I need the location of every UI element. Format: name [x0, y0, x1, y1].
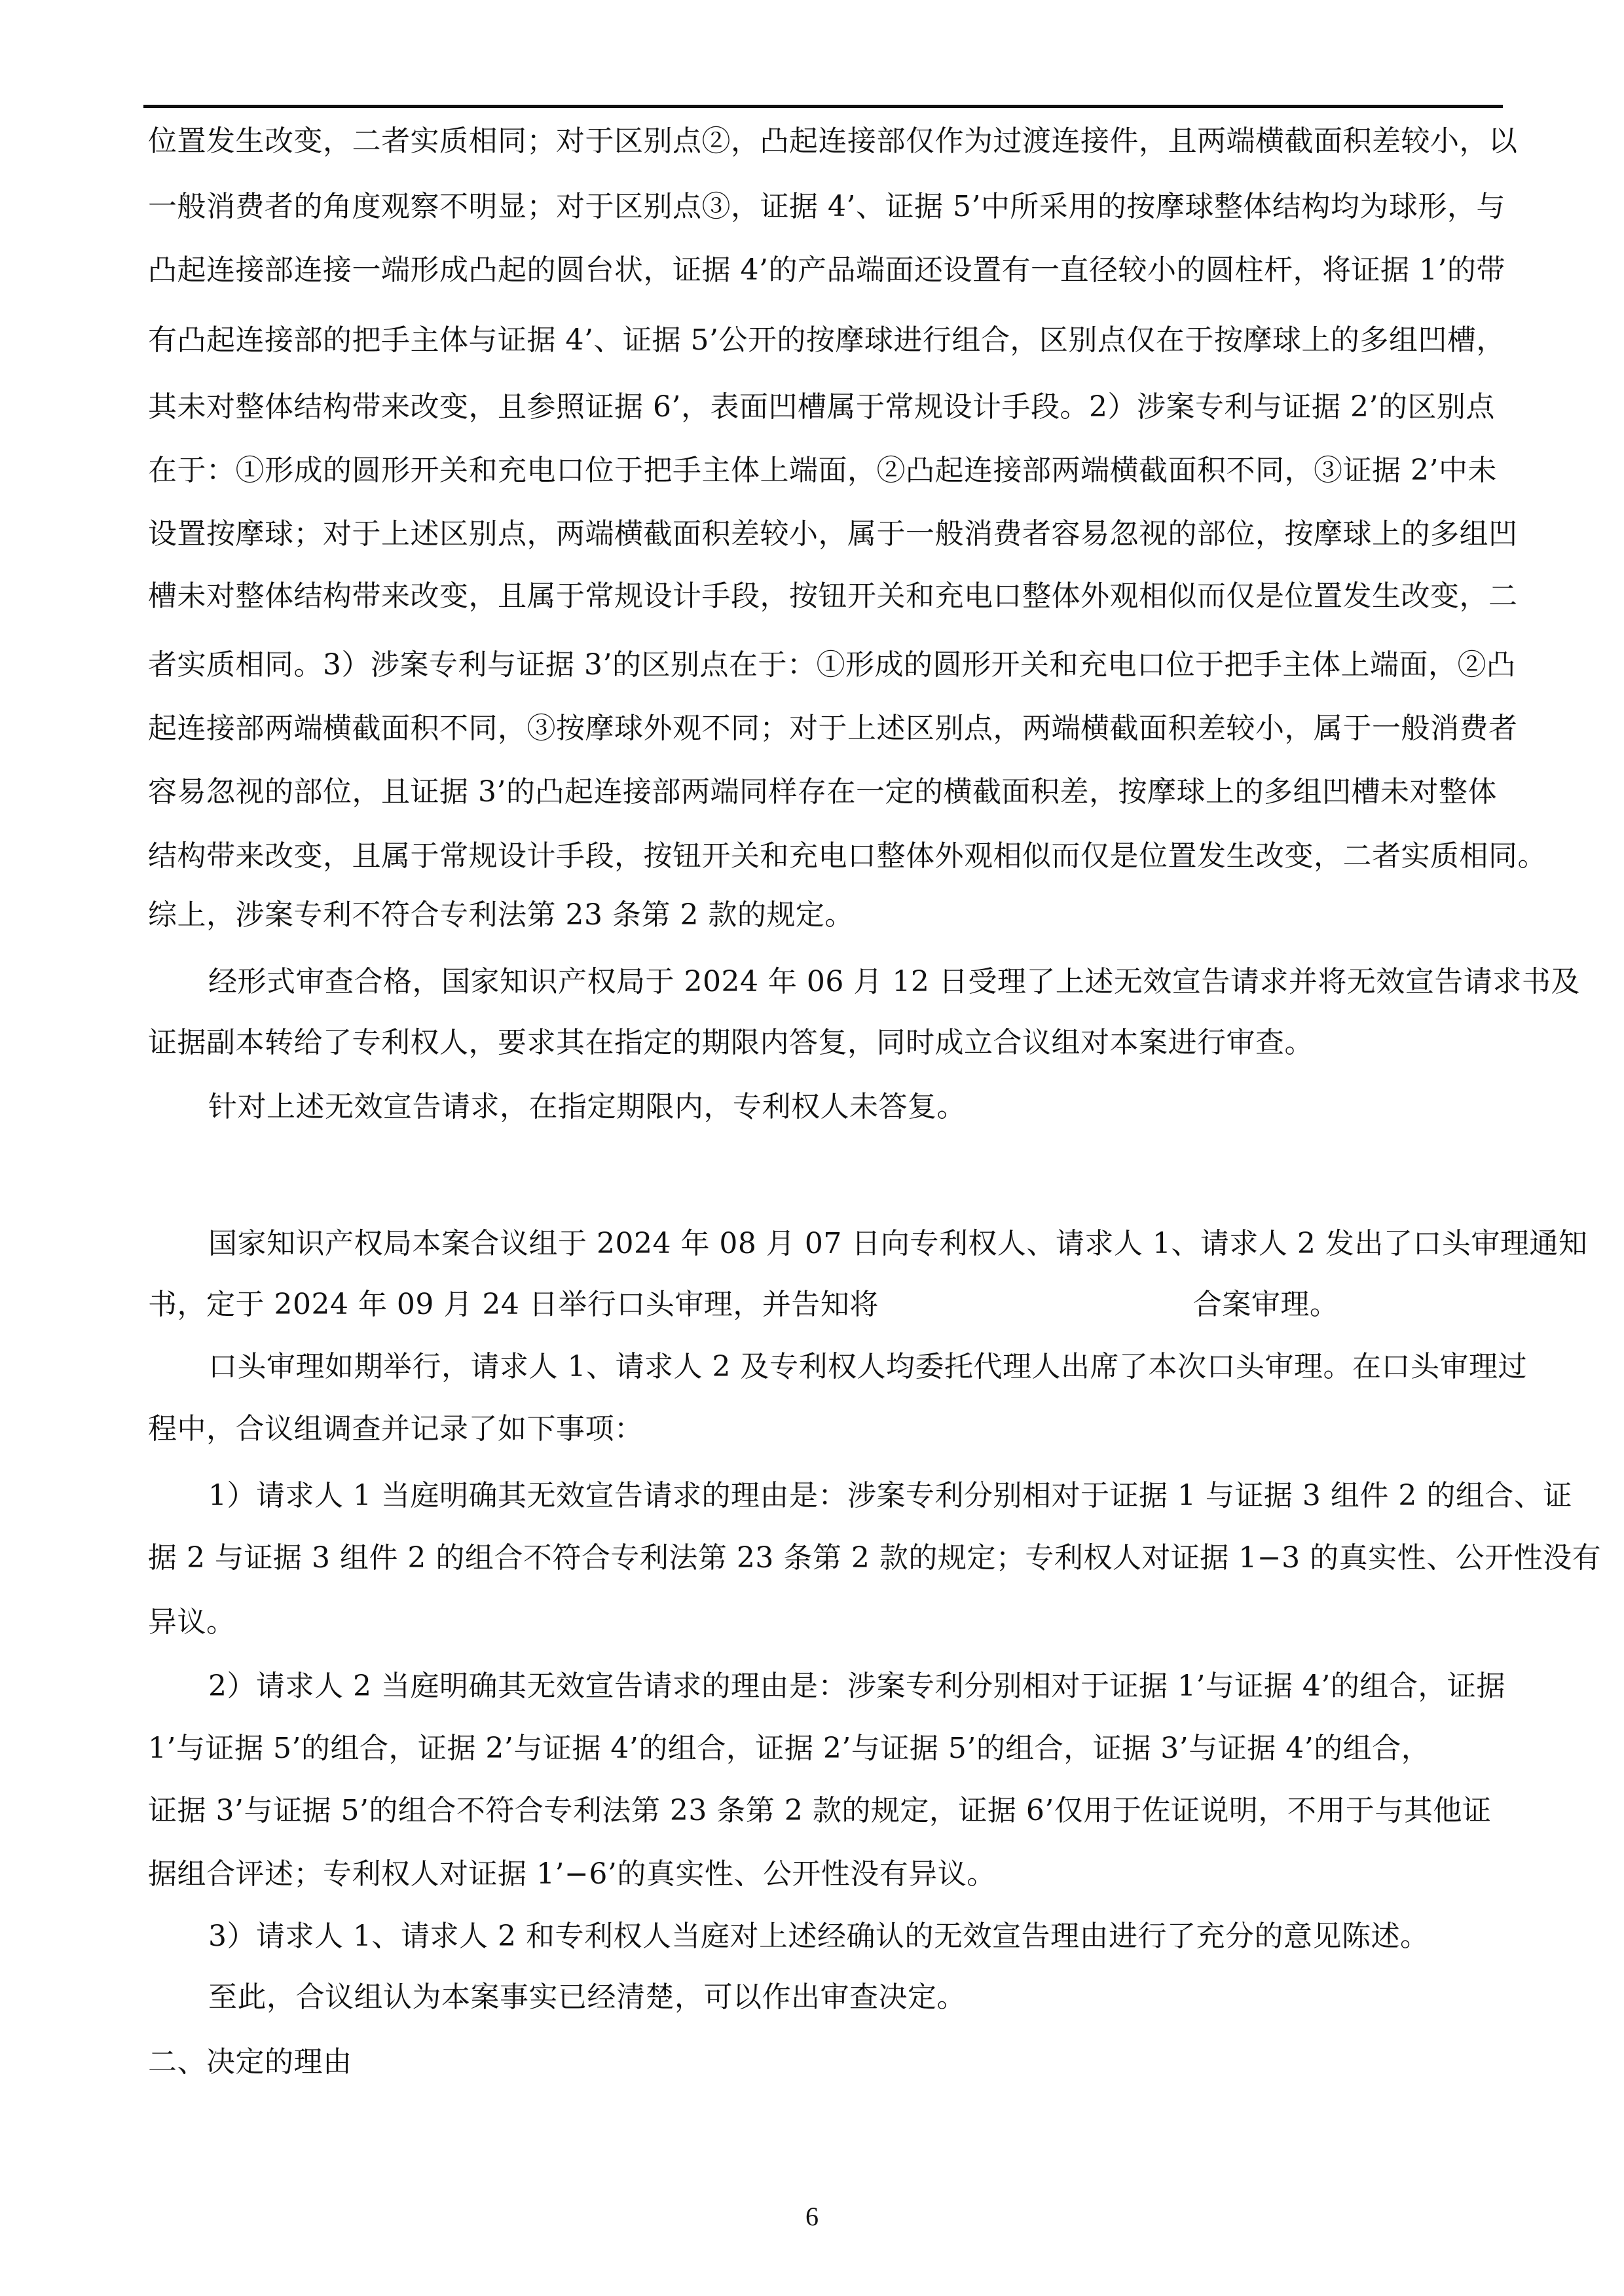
text-line: 证据 3’与证据 5’的组合不符合专利法第 23 条第 2 款的规定，证据 6’…	[148, 1794, 1491, 1828]
text-line-content: 综上，涉案专利不符合专利法第 23 条第 2 款的规定。	[148, 898, 854, 932]
text-line-content: 槽未对整体结构带来改变，且属于常规设计手段，按钮开关和充电口整体外观相似而仅是位…	[148, 579, 1518, 613]
text-line: 异议。	[148, 1605, 236, 1639]
text-line-content: 口头审理如期举行，请求人 1、请求人 2 及专利权人均委托代理人出席了本次口头审…	[208, 1350, 1527, 1383]
text-line: 设置按摩球；对于上述区别点，两端横截面积差较小，属于一般消费者容易忽视的部位，按…	[148, 517, 1518, 551]
text-line: 1’与证据 5’的组合，证据 2’与证据 4’的组合，证据 2’与证据 5’的组…	[148, 1732, 1430, 1766]
text-line: 1）请求人 1 当庭明确其无效宣告请求的理由是：涉案专利分别相对于证据 1 与证…	[208, 1479, 1572, 1513]
text-line: 经形式审查合格，国家知识产权局于 2024 年 06 月 12 日受理了上述无效…	[208, 965, 1580, 999]
text-line: 程中，合议组调查并记录了如下事项：	[148, 1412, 644, 1446]
text-line: 起连接部两端横截面积不同，③按摩球外观不同；对于上述区别点，两端横截面积差较小，…	[148, 712, 1518, 746]
text-line-content: 至此，合议组认为本案事实已经清楚，可以作出审查决定。	[208, 1980, 966, 2014]
text-line-content: 书，定于 2024 年 09 月 24 日举行口头审理，并告知将	[148, 1288, 879, 1321]
text-line-content: 据 2 与证据 3 组件 2 的组合不符合专利法第 23 条第 2 款的规定；专…	[148, 1541, 1601, 1575]
text-line-content: 程中，合议组调查并记录了如下事项：	[148, 1412, 644, 1446]
text-line: 书，定于 2024 年 09 月 24 日举行口头审理，并告知将合案审理。	[148, 1288, 1338, 1322]
text-line-content: 容易忽视的部位，且证据 3’的凸起连接部两端同样存在一定的横截面积差，按摩球上的…	[148, 775, 1497, 809]
text-line: 针对上述无效宣告请求，在指定期限内，专利权人未答复。	[208, 1090, 966, 1124]
text-line-content: 者实质相同。3）涉案专利与证据 3’的区别点在于：①形成的圆形开关和充电口位于把…	[148, 648, 1515, 682]
text-line-content: 证据副本转给了专利权人，要求其在指定的期限内答复，同时成立合议组对本案进行审查。	[148, 1026, 1314, 1059]
text-line-content: 一般消费者的角度观察不明显；对于区别点③，证据 4’、证据 5’中所采用的按摩球…	[148, 190, 1505, 223]
text-line-content: 二、决定的理由	[148, 2045, 352, 2079]
text-line: 容易忽视的部位，且证据 3’的凸起连接部两端同样存在一定的横截面积差，按摩球上的…	[148, 775, 1497, 809]
text-line: 据组合评述；专利权人对证据 1’−6’的真实性、公开性没有异议。	[148, 1857, 996, 1891]
text-line: 二、决定的理由	[148, 2045, 352, 2079]
text-line-content: 结构带来改变，且属于常规设计手段，按钮开关和充电口整体外观相似而仅是位置发生改变…	[148, 839, 1547, 873]
text-line: 一般消费者的角度观察不明显；对于区别点③，证据 4’、证据 5’中所采用的按摩球…	[148, 190, 1505, 224]
text-line-content: 经形式审查合格，国家知识产权局于 2024 年 06 月 12 日受理了上述无效…	[208, 965, 1580, 998]
text-line: 在于：①形成的圆形开关和充电口位于把手主体上端面，②凸起连接部两端横截面积不同，…	[148, 454, 1497, 488]
page-number: 6	[0, 2201, 1624, 2232]
text-line-content: 据组合评述；专利权人对证据 1’−6’的真实性、公开性没有异议。	[148, 1857, 996, 1891]
text-line: 国家知识产权局本案合议组于 2024 年 08 月 07 日向专利权人、请求人 …	[208, 1227, 1587, 1261]
text-line: 槽未对整体结构带来改变，且属于常规设计手段，按钮开关和充电口整体外观相似而仅是位…	[148, 579, 1518, 613]
text-line-content: 针对上述无效宣告请求，在指定期限内，专利权人未答复。	[208, 1090, 966, 1123]
text-line-content-after-gap: 合案审理。	[1193, 1288, 1339, 1321]
text-line: 据 2 与证据 3 组件 2 的组合不符合专利法第 23 条第 2 款的规定；专…	[148, 1541, 1601, 1575]
text-line: 结构带来改变，且属于常规设计手段，按钮开关和充电口整体外观相似而仅是位置发生改变…	[148, 839, 1547, 873]
text-line-content: 2）请求人 2 当庭明确其无效宣告请求的理由是：涉案专利分别相对于证据 1’与证…	[208, 1669, 1505, 1703]
text-line-content: 有凸起连接部的把手主体与证据 4’、证据 5’公开的按摩球进行组合，区别点仅在于…	[148, 323, 1505, 357]
text-line-content: 其未对整体结构带来改变，且参照证据 6’，表面凹槽属于常规设计手段。2）涉案专利…	[148, 390, 1495, 424]
text-line-content: 位置发生改变，二者实质相同；对于区别点②，凸起连接部仅作为过渡连接件，且两端横截…	[148, 124, 1518, 158]
text-line: 口头审理如期举行，请求人 1、请求人 2 及专利权人均委托代理人出席了本次口头审…	[208, 1350, 1527, 1384]
text-line-content: 在于：①形成的圆形开关和充电口位于把手主体上端面，②凸起连接部两端横截面积不同，…	[148, 454, 1497, 487]
text-line-content: 1’与证据 5’的组合，证据 2’与证据 4’的组合，证据 2’与证据 5’的组…	[148, 1732, 1430, 1765]
text-line-content: 3）请求人 1、请求人 2 和专利权人当庭对上述经确认的无效宣告理由进行了充分的…	[208, 1920, 1429, 1953]
text-line-content: 设置按摩球；对于上述区别点，两端横截面积差较小，属于一般消费者容易忽视的部位，按…	[148, 517, 1518, 551]
text-line-content: 国家知识产权局本案合议组于 2024 年 08 月 07 日向专利权人、请求人 …	[208, 1227, 1587, 1260]
text-line-content: 异议。	[148, 1605, 236, 1639]
text-line-content: 证据 3’与证据 5’的组合不符合专利法第 23 条第 2 款的规定，证据 6’…	[148, 1794, 1491, 1827]
text-line: 2）请求人 2 当庭明确其无效宣告请求的理由是：涉案专利分别相对于证据 1’与证…	[208, 1669, 1505, 1704]
text-line-content: 起连接部两端横截面积不同，③按摩球外观不同；对于上述区别点，两端横截面积差较小，…	[148, 712, 1518, 745]
text-line: 证据副本转给了专利权人，要求其在指定的期限内答复，同时成立合议组对本案进行审查。	[148, 1026, 1314, 1060]
text-line: 3）请求人 1、请求人 2 和专利权人当庭对上述经确认的无效宣告理由进行了充分的…	[208, 1920, 1429, 1954]
header-rule	[143, 105, 1503, 108]
text-line: 有凸起连接部的把手主体与证据 4’、证据 5’公开的按摩球进行组合，区别点仅在于…	[148, 323, 1505, 357]
text-line-content: 凸起连接部连接一端形成凸起的圆台状，证据 4’的产品端面还设置有一直径较小的圆柱…	[148, 253, 1505, 287]
text-line: 位置发生改变，二者实质相同；对于区别点②，凸起连接部仅作为过渡连接件，且两端横截…	[148, 124, 1518, 158]
text-line: 者实质相同。3）涉案专利与证据 3’的区别点在于：①形成的圆形开关和充电口位于把…	[148, 648, 1515, 682]
text-line: 凸起连接部连接一端形成凸起的圆台状，证据 4’的产品端面还设置有一直径较小的圆柱…	[148, 253, 1505, 287]
text-line: 其未对整体结构带来改变，且参照证据 6’，表面凹槽属于常规设计手段。2）涉案专利…	[148, 390, 1495, 424]
text-line: 至此，合议组认为本案事实已经清楚，可以作出审查决定。	[208, 1980, 966, 2014]
text-line-content: 1）请求人 1 当庭明确其无效宣告请求的理由是：涉案专利分别相对于证据 1 与证…	[208, 1479, 1572, 1512]
text-line: 综上，涉案专利不符合专利法第 23 条第 2 款的规定。	[148, 898, 854, 932]
